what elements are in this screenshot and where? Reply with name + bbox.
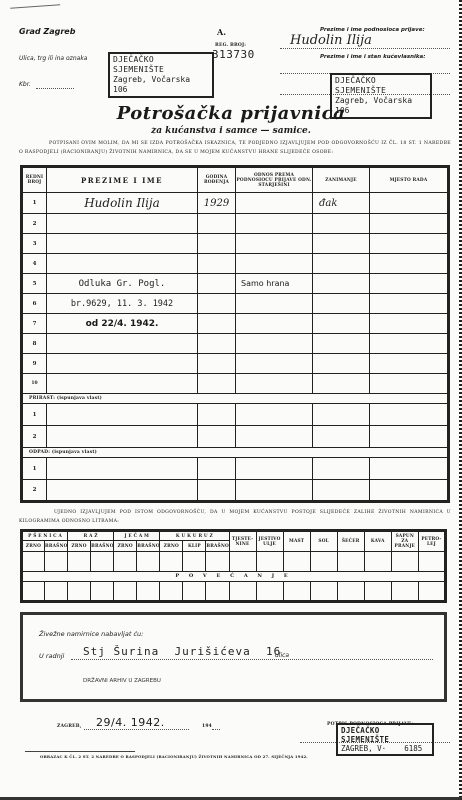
- table-row: 4: [22, 254, 449, 274]
- stamp-line-1: DJEČAČKO SJEMENIŠTE: [341, 726, 429, 744]
- applicant-name: Hudolin Ilija: [290, 33, 372, 48]
- col-lard: MAST: [283, 531, 310, 552]
- stock-table: P Š E N I C A R A Ž J E Č A M K U K U R …: [20, 529, 447, 603]
- relation-cell[interactable]: [236, 426, 313, 448]
- stock-cell[interactable]: [364, 552, 391, 572]
- stock-cell[interactable]: [160, 582, 183, 602]
- date-value[interactable]: 29/4. 1942.: [96, 716, 165, 729]
- sub-cob: KLIP: [183, 541, 206, 552]
- col-header-birth-year: GODINA ROĐENJA: [198, 167, 236, 193]
- stock-cell[interactable]: [22, 582, 45, 602]
- stock-cell[interactable]: [256, 582, 283, 602]
- col-salt: SOL: [310, 531, 337, 552]
- workplace-cell[interactable]: [370, 314, 449, 334]
- year-suffix: 194: [202, 724, 212, 729]
- row-number: 1: [22, 404, 47, 426]
- table-row: 2: [22, 480, 449, 502]
- stock-cell[interactable]: [183, 582, 206, 602]
- relation-cell[interactable]: Samo hrana: [236, 274, 313, 294]
- name-cell[interactable]: Odluka Gr. Pogl.: [47, 274, 198, 294]
- birth-year-cell[interactable]: [198, 334, 236, 354]
- stamp-line-1: DJEČAČKO SJEMENIŠTE: [335, 76, 427, 96]
- group-rye: R A Ž: [68, 531, 114, 541]
- increase-label: PRIRAST: (ispunjava vlast): [22, 394, 449, 404]
- year-suffix-line: [212, 729, 220, 730]
- place-label: ZAGREB,: [57, 724, 82, 729]
- stock-cell[interactable]: [283, 552, 310, 572]
- workplace-cell[interactable]: [370, 426, 449, 448]
- sub-flour: BRAŠNO: [91, 541, 114, 552]
- stock-increase-row: [22, 582, 446, 602]
- table-row: 1 Hudolin Ilija 1929 đak: [22, 193, 449, 214]
- stock-group-header: P Š E N I C A R A Ž J E Č A M K U K U R …: [22, 531, 446, 541]
- birth-year-cell[interactable]: [198, 374, 236, 394]
- birth-year-cell[interactable]: [198, 426, 236, 448]
- table-row: 9: [22, 354, 449, 374]
- group-barley: J E Č A M: [114, 531, 160, 541]
- street-field-line: [298, 659, 433, 660]
- signature-stamp: DJEČAČKO SJEMENIŠTE ZAGREB, V· 6185: [336, 723, 434, 756]
- stock-cell[interactable]: [337, 552, 364, 572]
- name-cell[interactable]: od 22/4. 1942.: [47, 314, 198, 334]
- col-header-no: REDNI BROJ: [22, 167, 47, 193]
- name-cell[interactable]: br.9629, 11. 3. 1942: [47, 294, 198, 314]
- stock-cell[interactable]: [68, 582, 91, 602]
- intro-paragraph: POTPISANI OVIM MOLIM, DA MI SE IZDA POTR…: [19, 139, 451, 157]
- stock-cell[interactable]: [183, 552, 206, 572]
- birth-year-cell[interactable]: [198, 458, 236, 480]
- birth-year-cell[interactable]: [198, 314, 236, 334]
- stock-increase-header: P O V E Ć A N J E: [22, 572, 446, 582]
- stock-cell[interactable]: [337, 582, 364, 602]
- table-row: 6 br.9629, 11. 3. 1942: [22, 294, 449, 314]
- workplace-cell[interactable]: [370, 404, 449, 426]
- form-footnote: OBRAZAC K ČL. 2 ST. 2 NAREDBE O RASPODJE…: [40, 754, 308, 759]
- name-cell[interactable]: [47, 234, 198, 254]
- stock-values-row: [22, 552, 446, 572]
- row-number: 10: [22, 374, 47, 394]
- birth-year-cell[interactable]: 1929: [198, 193, 236, 214]
- occupation-cell[interactable]: [313, 404, 370, 426]
- occupation-cell[interactable]: [313, 458, 370, 480]
- occupation-cell[interactable]: [313, 314, 370, 334]
- house-number-field: [36, 88, 74, 89]
- stamp-line-2: Zagreb, Vočarska 106: [113, 75, 209, 95]
- occupation-cell[interactable]: [313, 274, 370, 294]
- relation-cell[interactable]: [236, 354, 313, 374]
- occupation-cell[interactable]: [313, 354, 370, 374]
- stock-cell[interactable]: [45, 552, 68, 572]
- workplace-cell[interactable]: [370, 334, 449, 354]
- row-number: 5: [22, 274, 47, 294]
- table-row: 5 Odluka Gr. Pogl. Samo hrana: [22, 274, 449, 294]
- name-cell[interactable]: [47, 404, 198, 426]
- stock-cell[interactable]: [229, 582, 256, 602]
- sub-flour: BRAŠNO: [206, 541, 229, 552]
- workplace-cell[interactable]: [370, 193, 449, 214]
- table-row: 1: [22, 404, 449, 426]
- stock-cell[interactable]: [206, 582, 229, 602]
- occupation-cell[interactable]: [313, 374, 370, 394]
- landlord-label: Prezime i ime i stan kućevlasnika:: [320, 54, 425, 60]
- applicant-field: [280, 48, 450, 49]
- name-cell[interactable]: [47, 426, 198, 448]
- relation-cell[interactable]: [236, 480, 313, 502]
- occupation-cell[interactable]: [313, 214, 370, 234]
- stock-cell[interactable]: [206, 552, 229, 572]
- birth-year-cell[interactable]: [198, 354, 236, 374]
- birth-year-cell[interactable]: [198, 274, 236, 294]
- row-number: 8: [22, 334, 47, 354]
- relation-cell[interactable]: [236, 314, 313, 334]
- supply-box: Živežne namirnice nabavljat ću: U radnji…: [20, 612, 447, 702]
- row-number: 9: [22, 354, 47, 374]
- archive-stamp: DRŽAVNI ARHIV U ZAGREBU: [83, 678, 161, 684]
- scan-artifact: [10, 0, 60, 9]
- group-corn: K U K U R U Z: [160, 531, 229, 541]
- workplace-cell[interactable]: [370, 234, 449, 254]
- workplace-cell[interactable]: [370, 214, 449, 234]
- table-row: 3: [22, 234, 449, 254]
- table-row: 10: [22, 374, 449, 394]
- name-cell[interactable]: [47, 480, 198, 502]
- stock-cell[interactable]: [91, 552, 114, 572]
- row-number: 1: [22, 458, 47, 480]
- occupation-cell[interactable]: [313, 334, 370, 354]
- occupation-cell[interactable]: đak: [313, 193, 370, 214]
- row-number: 6: [22, 294, 47, 314]
- stock-cell[interactable]: [137, 582, 160, 602]
- col-soap: SAPUN ZA PRANJE: [391, 531, 418, 552]
- shop-value[interactable]: Stj Šurina Jurišićeva 16: [83, 645, 281, 658]
- sub-grain: ZRNO: [160, 541, 183, 552]
- workplace-cell[interactable]: [370, 274, 449, 294]
- stock-cell[interactable]: [45, 582, 68, 602]
- stock-cell[interactable]: [137, 552, 160, 572]
- persons-table-header: REDNI BROJ PREZIME I IME GODINA ROĐENJA …: [22, 167, 449, 193]
- col-oil: JESTIVO ULJE: [256, 531, 283, 552]
- row-number: 2: [22, 480, 47, 502]
- sub-grain: ZRNO: [68, 541, 91, 552]
- occupation-cell[interactable]: [313, 480, 370, 502]
- table-row: 2: [22, 426, 449, 448]
- footnote-divider: [25, 751, 135, 752]
- occupation-cell[interactable]: [313, 234, 370, 254]
- name-cell[interactable]: [47, 214, 198, 234]
- stock-cell[interactable]: [68, 552, 91, 572]
- stock-cell[interactable]: [229, 552, 256, 572]
- row-number: 7: [22, 314, 47, 334]
- col-sugar: ŠEĆER: [337, 531, 364, 552]
- stock-increase-label: P O V E Ć A N J E: [22, 572, 446, 582]
- workplace-cell[interactable]: [370, 458, 449, 480]
- table-row: 8: [22, 334, 449, 354]
- group-wheat: P Š E N I C A: [22, 531, 68, 541]
- birth-year-cell[interactable]: [198, 404, 236, 426]
- stock-cell[interactable]: [114, 582, 137, 602]
- shop-field-line: [71, 659, 301, 660]
- relation-cell[interactable]: [236, 404, 313, 426]
- col-petroleum: PETRO-LEJ: [418, 531, 445, 552]
- name-cell[interactable]: [47, 458, 198, 480]
- name-cell[interactable]: Hudolin Ilija: [47, 193, 198, 214]
- street-label: Ulica, trg ili ina oznaka: [19, 55, 87, 62]
- workplace-cell[interactable]: [370, 374, 449, 394]
- stock-cell[interactable]: [91, 582, 114, 602]
- col-pasta: TJESTE-NINE: [229, 531, 256, 552]
- col-coffee: KAVA: [364, 531, 391, 552]
- sub-flour: BRAŠNO: [137, 541, 160, 552]
- supply-label: Živežne namirnice nabavljat ću:: [39, 630, 143, 638]
- form-subtitle: za kućanstva i samce — samice.: [0, 126, 462, 136]
- sub-flour: BRAŠNO: [45, 541, 68, 552]
- relation-cell[interactable]: [236, 193, 313, 214]
- stock-cell[interactable]: [22, 552, 45, 572]
- house-number-label: Kbr.: [19, 81, 31, 88]
- row-number: 4: [22, 254, 47, 274]
- stock-cell[interactable]: [364, 582, 391, 602]
- row-number: 1: [22, 193, 47, 214]
- birth-year-cell[interactable]: [198, 480, 236, 502]
- stock-cell[interactable]: [391, 582, 418, 602]
- stock-paragraph: UJEDNO IZJAVLJUJEM POD ISTOM ODGOVORNOŠĆ…: [19, 508, 451, 526]
- sub-grain: ZRNO: [114, 541, 137, 552]
- decrease-section-header: ODPAD: (ispunjava vlast): [22, 448, 449, 458]
- relation-cell[interactable]: [236, 254, 313, 274]
- occupation-cell[interactable]: [313, 426, 370, 448]
- stock-cell[interactable]: [114, 552, 137, 572]
- increase-section-header: PRIRAST: (ispunjava vlast): [22, 394, 449, 404]
- stock-cell[interactable]: [310, 582, 337, 602]
- institution-stamp: DJEČAČKO SJEMENIŠTE Zagreb, Vočarska 106: [108, 52, 214, 98]
- stamp-line-2: ZAGREB, V· 6185: [341, 744, 429, 753]
- relation-cell[interactable]: [236, 374, 313, 394]
- table-row: 7 od 22/4. 1942.: [22, 314, 449, 334]
- form-title: Potrošačka prijavnica: [0, 103, 462, 124]
- stock-cell[interactable]: [283, 582, 310, 602]
- row-number: 2: [22, 426, 47, 448]
- sub-grain: ZRNO: [22, 541, 45, 552]
- occupation-cell[interactable]: [313, 254, 370, 274]
- stock-cell[interactable]: [418, 582, 445, 602]
- name-cell[interactable]: [47, 354, 198, 374]
- relation-cell[interactable]: [236, 214, 313, 234]
- name-cell[interactable]: [47, 254, 198, 274]
- stock-cell[interactable]: [418, 552, 445, 572]
- relation-cell[interactable]: [236, 294, 313, 314]
- name-cell[interactable]: [47, 334, 198, 354]
- workplace-cell[interactable]: [370, 254, 449, 274]
- form-letter: A.: [217, 27, 226, 37]
- stock-cell[interactable]: [256, 552, 283, 572]
- reg-number: 313730: [212, 48, 255, 61]
- table-row: 1: [22, 458, 449, 480]
- relation-cell[interactable]: [236, 234, 313, 254]
- decrease-label: ODPAD: (ispunjava vlast): [22, 448, 449, 458]
- name-cell[interactable]: [47, 374, 198, 394]
- stock-cell[interactable]: [160, 552, 183, 572]
- workplace-cell[interactable]: [370, 480, 449, 502]
- occupation-cell[interactable]: [313, 294, 370, 314]
- street-suffix-label: ulica: [275, 652, 289, 659]
- birth-year-cell[interactable]: [198, 294, 236, 314]
- birth-year-cell[interactable]: [198, 254, 236, 274]
- birth-year-cell[interactable]: [198, 234, 236, 254]
- birth-year-cell[interactable]: [198, 214, 236, 234]
- stock-cell[interactable]: [310, 552, 337, 572]
- table-row: 2: [22, 214, 449, 234]
- row-number: 3: [22, 234, 47, 254]
- stamp-line-1: DJEČAČKO SJEMENIŠTE: [113, 55, 209, 75]
- persons-table: REDNI BROJ PREZIME I IME GODINA ROĐENJA …: [20, 165, 450, 503]
- col-header-relation: ODNOS PREMA PODNOSIOCU PRIJAVE ODN. STAR…: [236, 167, 313, 193]
- city-label: Grad Zagreb: [19, 27, 75, 36]
- date-field-line: [84, 729, 189, 730]
- row-number: 2: [22, 214, 47, 234]
- workplace-cell[interactable]: [370, 354, 449, 374]
- shop-label: U radnji: [39, 652, 64, 660]
- col-header-workplace: MJESTO RADA: [370, 167, 449, 193]
- col-header-occupation: ZANIMANJE: [313, 167, 370, 193]
- workplace-cell[interactable]: [370, 294, 449, 314]
- col-header-name: PREZIME I IME: [47, 167, 198, 193]
- stock-cell[interactable]: [391, 552, 418, 572]
- relation-cell[interactable]: [236, 458, 313, 480]
- relation-cell[interactable]: [236, 334, 313, 354]
